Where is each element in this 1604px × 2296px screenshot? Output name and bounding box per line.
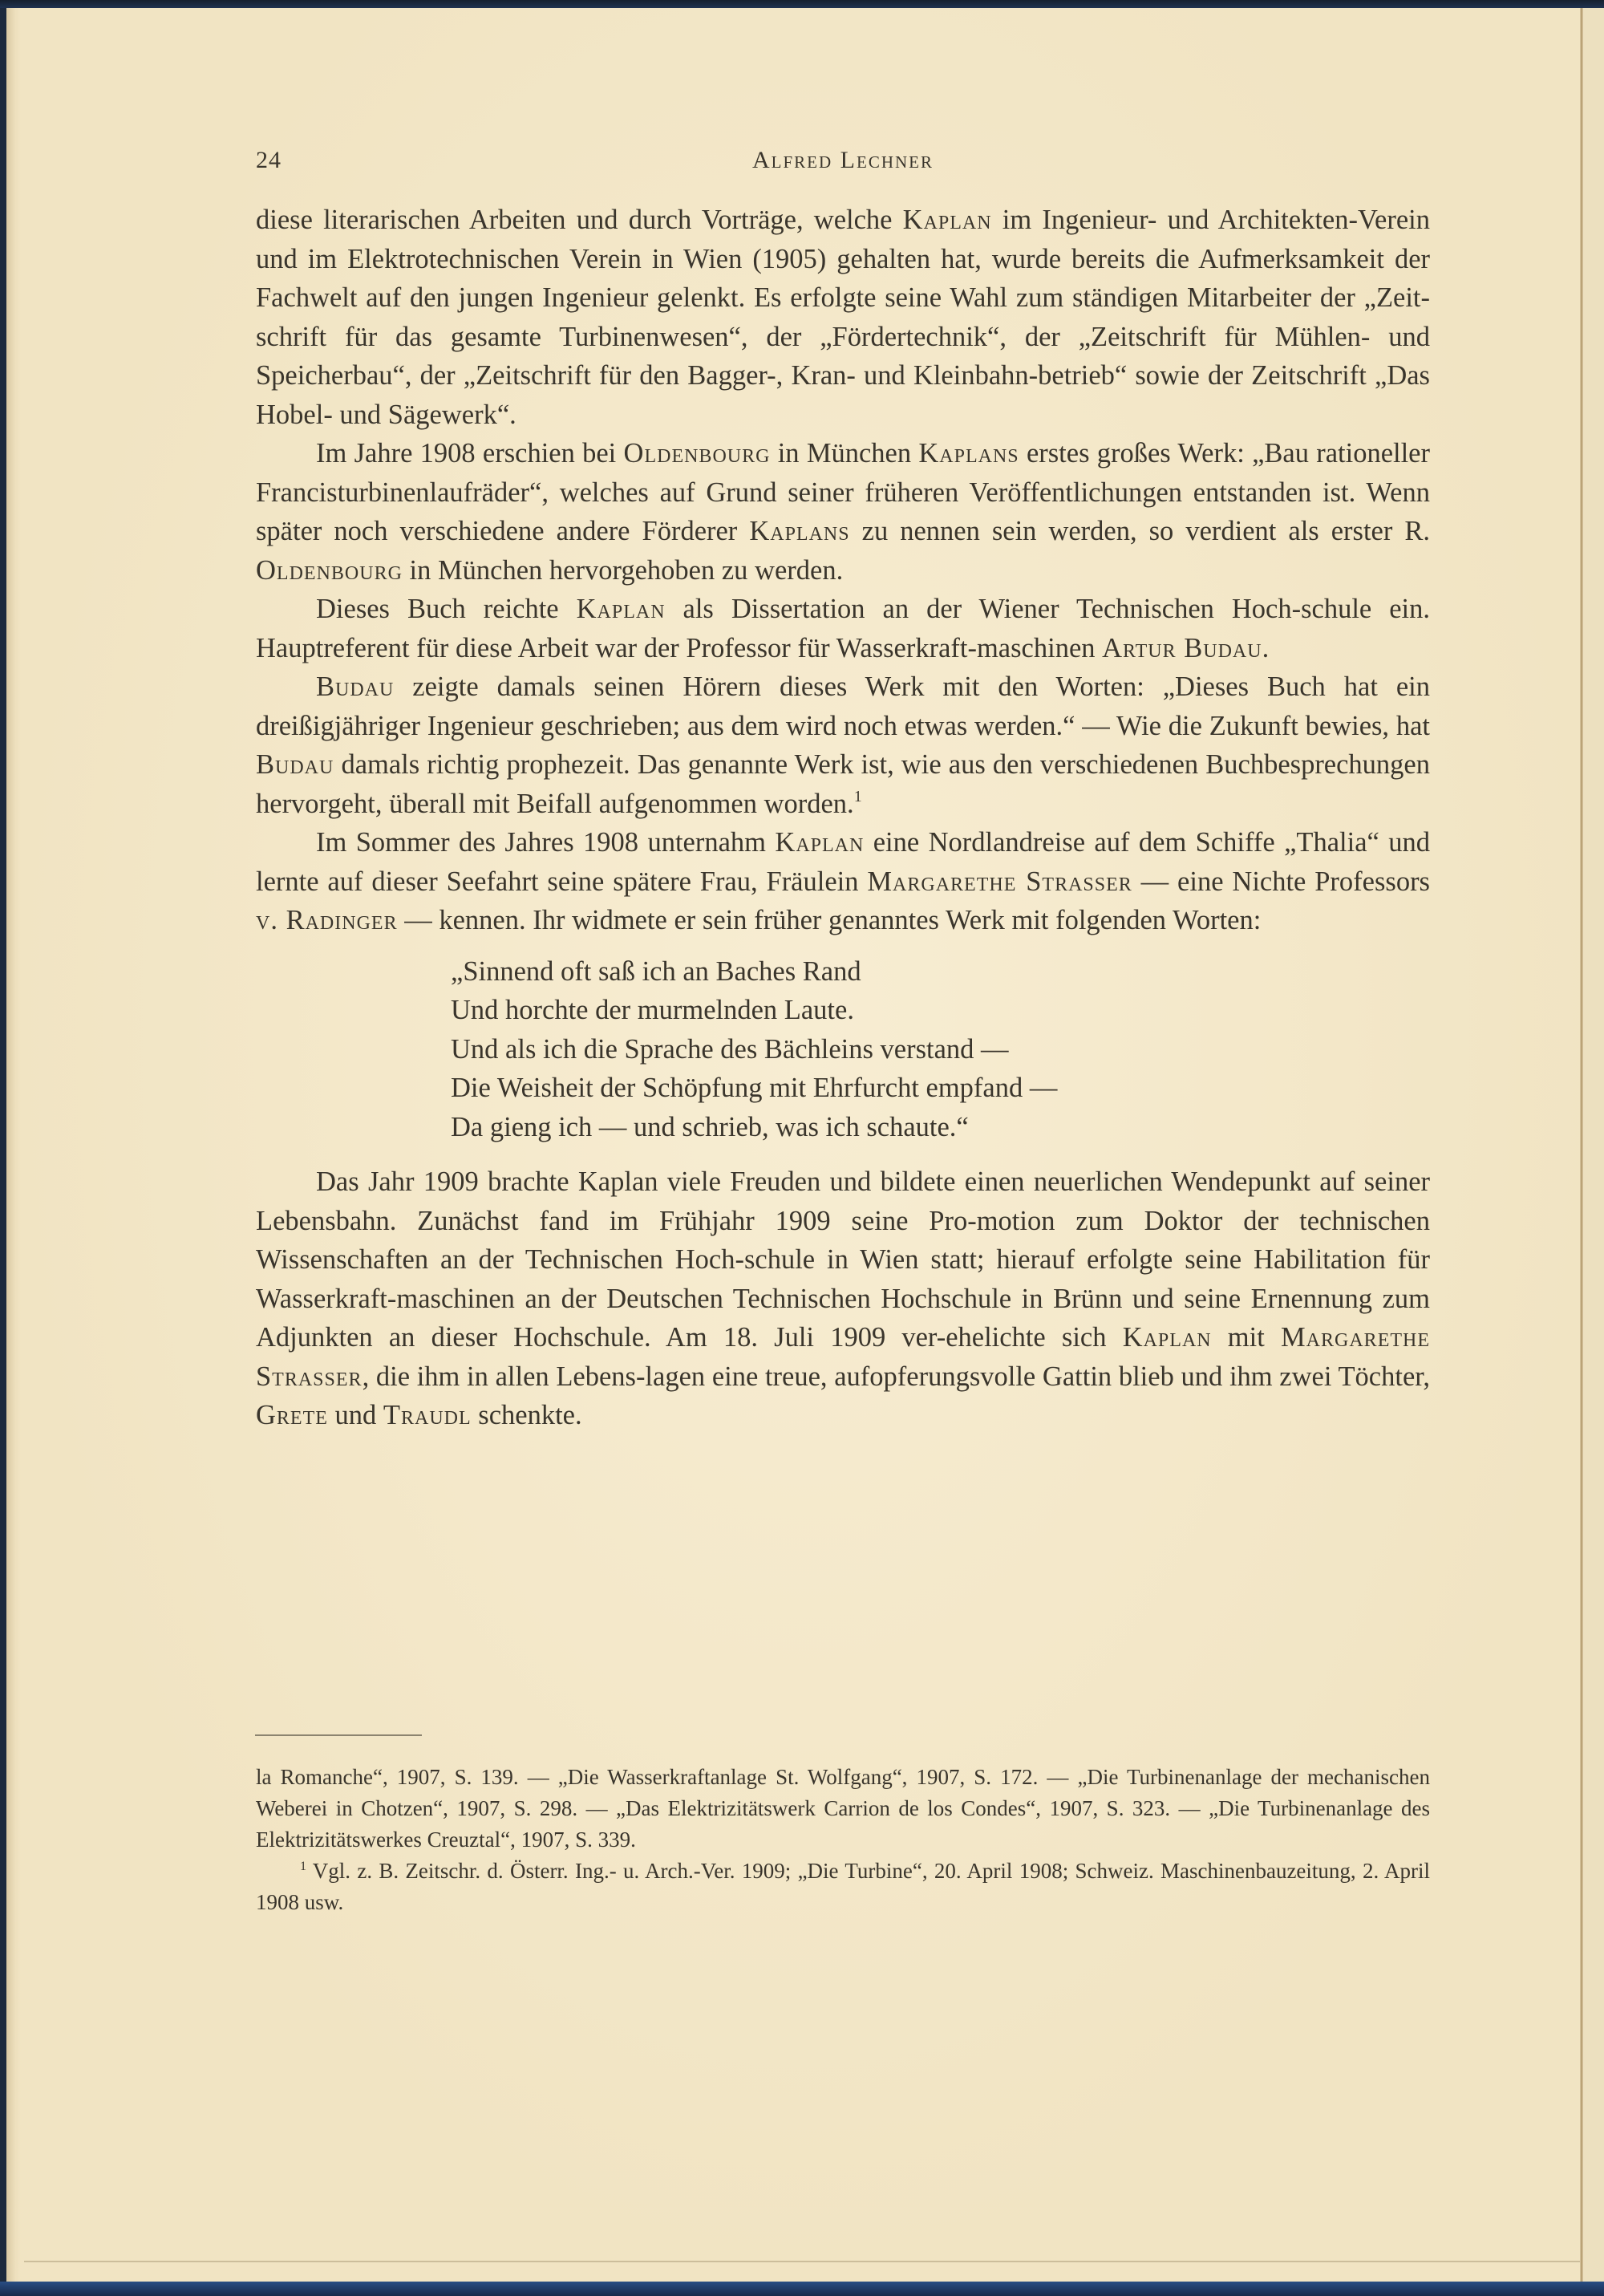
text-run: im Ingenieur- und Architekten-Verein und… [256, 205, 1430, 430]
text-run: diese literarischen Arbeiten und durch V… [256, 205, 903, 235]
small-caps-name: v. Radinger [256, 905, 398, 935]
small-caps-name: Budau [256, 749, 334, 780]
dedication-poem: „Sinnend oft saß ich an Baches RandUnd h… [451, 952, 1430, 1147]
running-head: 24 Alfred Lechner [256, 147, 1430, 179]
poem-verse: Und horchte der murmelnden Laute. [451, 991, 1430, 1030]
small-caps-name: Oldenbourg [624, 438, 771, 469]
footnote-reference: 1 [854, 788, 862, 805]
text-run: in München [770, 438, 918, 469]
text-run: zu nennen sein werden, so verdient als e… [850, 516, 1430, 546]
text-run: — eine Nichte Professors [1132, 866, 1430, 897]
small-caps-name: Kaplan [903, 205, 992, 235]
paragraph: Im Jahre 1908 erschien bei Oldenbourg in… [256, 434, 1430, 590]
text-run: . [1262, 633, 1270, 663]
book-cover-bottom-edge [0, 2282, 1604, 2296]
small-caps-name: Budau [316, 671, 394, 702]
text-run: und [328, 1400, 383, 1430]
footnote: 1 Vgl. z. B. Zeitschr. d. Österr. Ing.- … [256, 1856, 1430, 1918]
text-run: in München hervorgehoben zu werden. [403, 555, 843, 586]
footnote-text: la Romanche“, 1907, S. 139. — „Die Wasse… [256, 1765, 1430, 1852]
poem-verse: „Sinnend oft saß ich an Baches Rand [451, 952, 1430, 992]
text-run: schenkte. [472, 1400, 582, 1430]
paragraph: Im Sommer des Jahres 1908 unternahm Kapl… [256, 823, 1430, 940]
paragraphs-before-poem: diese literarischen Arbeiten und durch V… [256, 201, 1430, 940]
paragraph: Budau zeigte damals seinen Hörern dieses… [256, 667, 1430, 823]
small-caps-name: Kaplan [775, 827, 864, 858]
poem-verse: Die Weisheit der Schöpfung mit Ehrfurcht… [451, 1069, 1430, 1108]
text-run: Im Sommer des Jahres 1908 unternahm [316, 827, 775, 858]
paragraph: Dieses Buch reichte Kaplan als Dissertat… [256, 590, 1430, 667]
small-caps-name: Kaplan [1123, 1322, 1212, 1353]
text-run: — kennen. Ihr widmete er sein früher gen… [398, 905, 1262, 935]
footnote-marker: 1 [300, 1860, 306, 1873]
small-caps-name: Artur Budau [1102, 633, 1262, 663]
small-caps-name: Traudl [383, 1400, 472, 1430]
paragraph: diese literarischen Arbeiten und durch V… [256, 201, 1430, 434]
page-right-strip [1583, 8, 1604, 2282]
text-run: damals richtig prophezeit. Das genannte … [256, 749, 1430, 819]
footnote-separator-rule [255, 1734, 422, 1736]
paragraphs-after-poem: Das Jahr 1909 brachte Kaplan viele Freud… [256, 1162, 1430, 1435]
page-left-edge [6, 8, 16, 2282]
text-run: Im Jahre 1908 erschien bei [316, 438, 624, 469]
small-caps-name: Margarethe Strasser [867, 866, 1132, 897]
text-run: zeigte damals seinen Hörern dieses Werk … [256, 671, 1430, 741]
footnote-text: Vgl. z. B. Zeitschr. d. Österr. Ing.- u.… [256, 1859, 1430, 1914]
poem-verse: Da gieng ich — und schrieb, was ich scha… [451, 1108, 1430, 1147]
book-cover-top-edge [0, 0, 1604, 8]
main-text: diese literarischen Arbeiten und durch V… [256, 201, 1430, 1435]
poem-verse: Und als ich die Sprache des Bächleins ve… [451, 1030, 1430, 1069]
footnote: la Romanche“, 1907, S. 139. — „Die Wasse… [256, 1762, 1430, 1856]
small-caps-name: Oldenbourg [256, 555, 403, 586]
small-caps-name: Kaplans [749, 516, 849, 546]
small-caps-name: Kaplans [918, 438, 1019, 469]
page-bottom-edge [24, 2261, 1580, 2262]
small-caps-name: Kaplan [577, 594, 666, 624]
text-run: , die ihm in allen Lebens-lagen eine tre… [363, 1361, 1430, 1392]
running-title: Alfred Lechner [256, 147, 1430, 174]
paragraph: Das Jahr 1909 brachte Kaplan viele Freud… [256, 1162, 1430, 1435]
text-run: Dieses Buch reichte [316, 594, 577, 624]
small-caps-name: Grete [256, 1400, 328, 1430]
footnotes: la Romanche“, 1907, S. 139. — „Die Wasse… [256, 1762, 1430, 1918]
text-run: mit [1212, 1322, 1281, 1353]
